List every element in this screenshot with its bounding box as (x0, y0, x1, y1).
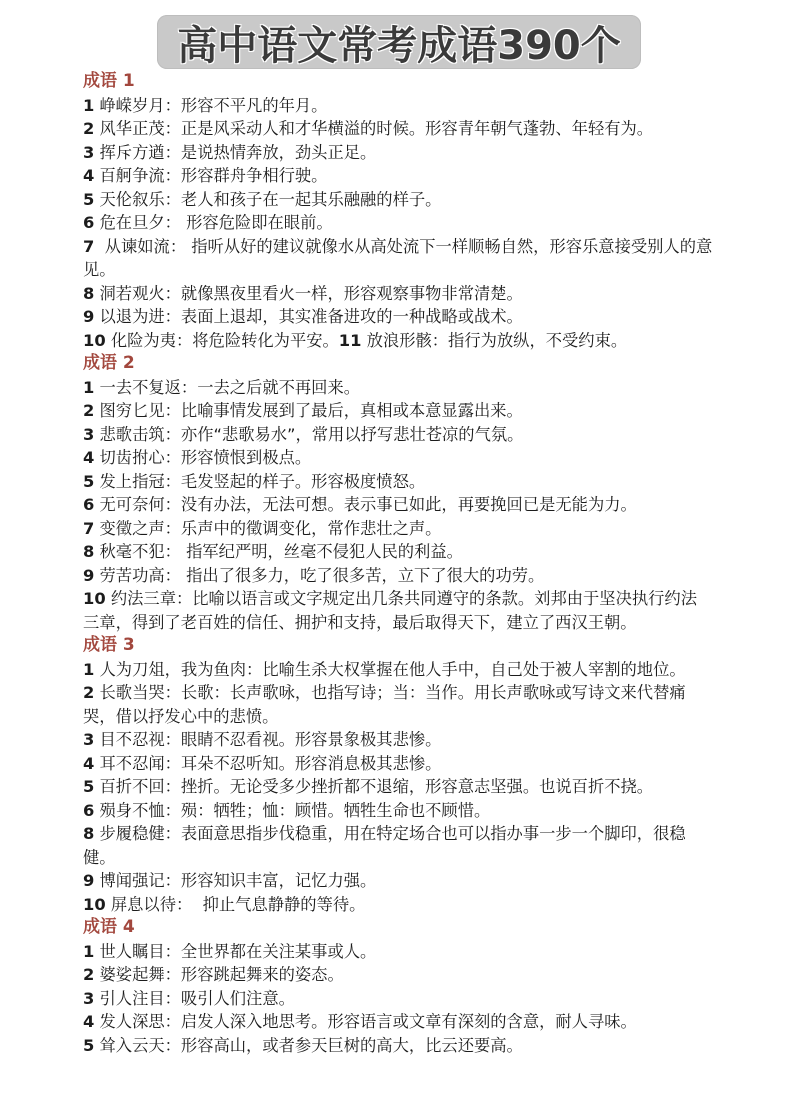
section-3: 成语 3 1 人为刀俎，我为鱼肉：比喻生杀大权掌握在他人手中，自己处于被人宰割的… (83, 634, 713, 916)
list-item: 10 约法三章：比喻以语言或文字规定出几条共同遵守的条款。刘邦由于坚决执行约法三… (83, 587, 713, 634)
item-text: 婆娑起舞：形容跳起舞来的姿态。 (94, 965, 343, 984)
list-item: 2 图穷匕见：比喻事情发展到了最后，真相或本意显露出来。 (83, 399, 713, 423)
item-number: 4 (83, 1012, 94, 1031)
section-heading: 成语 3 (83, 634, 713, 658)
idiom-list: 成语 1 1 峥嵘岁月：形容不平凡的年月。 2 风华正茂：正是风采动人和才华横溢… (83, 70, 713, 1057)
item-text: 目不忍视：眼睛不忍看视。形容景象极其悲惨。 (94, 730, 441, 749)
item-number: 4 (83, 448, 94, 467)
item-text: 耳不忍闻：耳朵不忍听知。形容消息极其悲惨。 (94, 754, 441, 773)
list-item: 2 婆娑起舞：形容跳起舞来的姿态。 (83, 963, 713, 987)
list-item: 1 世人瞩目：全世界都在关注某事或人。 (83, 940, 713, 964)
section-1: 成语 1 1 峥嵘岁月：形容不平凡的年月。 2 风华正茂：正是风采动人和才华横溢… (83, 70, 713, 352)
item-text: 悲歌击筑：亦作“悲歌易水”，常用以抒写悲壮苍凉的气氛。 (94, 425, 523, 444)
item-number: 2 (83, 401, 94, 420)
page-title: 高中语文常考成语390个 (177, 14, 621, 71)
item-number: 2 (83, 683, 94, 702)
item-number: 9 (83, 871, 94, 890)
item-number: 1 (83, 378, 94, 397)
item-number: 9 (83, 307, 94, 326)
item-number: 1 (83, 942, 94, 961)
list-item: 3 悲歌击筑：亦作“悲歌易水”，常用以抒写悲壮苍凉的气氛。 (83, 423, 713, 447)
item-text: 洞若观火：就像黑夜里看火一样，形容观察事物非常清楚。 (94, 284, 523, 303)
item-number: 10 (83, 331, 106, 350)
list-item: 8 洞若观火：就像黑夜里看火一样，形容观察事物非常清楚。 (83, 282, 713, 306)
item-number: 5 (83, 472, 94, 491)
list-item: 1 峥嵘岁月：形容不平凡的年月。 (83, 94, 713, 118)
item-text: 变徵之声：乐声中的徵调变化，常作悲壮之声。 (94, 519, 441, 538)
item-text: 无可奈何：没有办法，无法可想。表示事已如此，再要挽回已是无能为力。 (94, 495, 636, 514)
list-item: 7 从谏如流： 指听从好的建议就像水从高处流下一样顺畅自然，形容乐意接受别人的意… (83, 235, 713, 282)
item-text: 博闻强记：形容知识丰富，记忆力强。 (94, 871, 376, 890)
item-text: 以退为进：表面上退却，其实准备进攻的一种战略或战术。 (94, 307, 523, 326)
item-number: 9 (83, 566, 94, 585)
item-number: 2 (83, 119, 94, 138)
list-item: 6 危在旦夕： 形容危险即在眼前。 (83, 211, 713, 235)
list-item: 3 目不忍视：眼睛不忍看视。形容景象极其悲惨。 (83, 728, 713, 752)
item-text: 人为刀俎，我为鱼肉：比喻生杀大权掌握在他人手中，自己处于被人宰割的地位。 (94, 660, 685, 679)
list-item: 7 变徵之声：乐声中的徵调变化，常作悲壮之声。 (83, 517, 713, 541)
item-text: 一去不复返：一去之后就不再回来。 (94, 378, 360, 397)
section-2: 成语 2 1 一去不复返：一去之后就不再回来。 2 图穷匕见：比喻事情发展到了最… (83, 352, 713, 634)
item-text: 殒身不恤：殒：牺牲；恤：顾惜。牺牲生命也不顾惜。 (94, 801, 490, 820)
item-number: 8 (83, 284, 94, 303)
item-number: 10 (83, 589, 106, 608)
item-text: 约法三章：比喻以语言或文字规定出几条共同遵守的条款。刘邦由于坚决执行约法三章，得… (83, 589, 697, 632)
item-text: 风华正茂：正是风采动人和才华横溢的时候。形容青年朝气蓬勃、年轻有为。 (94, 119, 653, 138)
list-item: 8 步履稳健：表面意思指步伐稳重，用在特定场合也可以指办事一步一个脚印，很稳健。 (83, 822, 713, 869)
list-item: 10 屏息以待： 抑止气息静静的等待。 (83, 893, 713, 917)
list-item: 6 无可奈何：没有办法，无法可想。表示事已如此，再要挽回已是无能为力。 (83, 493, 713, 517)
item-number: 4 (83, 754, 94, 773)
item-text: 百舸争流：形容群舟争相行驶。 (94, 166, 327, 185)
list-item: 3 引人注目：吸引人们注意。 (83, 987, 713, 1011)
item-text: 长歌当哭：长歌：长声歌咏，也指写诗；当：当作。用长声歌咏或写诗文来代替痛哭，借以… (83, 683, 686, 726)
item-number: 5 (83, 1036, 94, 1055)
item-text: 劳苦功高： 指出了很多力，吃了很多苦，立下了很大的功劳。 (94, 566, 544, 585)
item-number: 6 (83, 213, 94, 232)
item-number: 3 (83, 425, 94, 444)
item-text: 耸入云天：形容高山，或者参天巨树的高大，比云还要高。 (94, 1036, 523, 1055)
list-item: 9 以退为进：表面上退却，其实准备进攻的一种战略或战术。 (83, 305, 713, 329)
item-text: 天伦叙乐：老人和孩子在一起其乐融融的样子。 (94, 190, 441, 209)
title-banner: 高中语文常考成语390个 (157, 15, 641, 69)
list-item: 6 殒身不恤：殒：牺牲；恤：顾惜。牺牲生命也不顾惜。 (83, 799, 713, 823)
item-text: 化险为夷：将危险转化为平安。 (106, 331, 339, 350)
item-number: 6 (83, 495, 94, 514)
list-item: 5 天伦叙乐：老人和孩子在一起其乐融融的样子。 (83, 188, 713, 212)
item-text: 图穷匕见：比喻事情发展到了最后，真相或本意显露出来。 (94, 401, 523, 420)
item-text: 从谏如流： 指听从好的建议就像水从高处流下一样顺畅自然，形容乐意接受别人的意见。 (83, 237, 712, 280)
item-number: 6 (83, 801, 94, 820)
item-text: 危在旦夕： 形容危险即在眼前。 (94, 213, 332, 232)
section-heading: 成语 1 (83, 70, 713, 94)
list-item: 5 耸入云天：形容高山，或者参天巨树的高大，比云还要高。 (83, 1034, 713, 1058)
item-number: 11 (339, 331, 362, 350)
list-item: 8 秋毫不犯： 指军纪严明，丝毫不侵犯人民的利益。 (83, 540, 713, 564)
section-4: 成语 4 1 世人瞩目：全世界都在关注某事或人。 2 婆娑起舞：形容跳起舞来的姿… (83, 916, 713, 1057)
item-number: 2 (83, 965, 94, 984)
list-item: 4 耳不忍闻：耳朵不忍听知。形容消息极其悲惨。 (83, 752, 713, 776)
list-item: 9 博闻强记：形容知识丰富，记忆力强。 (83, 869, 713, 893)
item-number: 8 (83, 824, 94, 843)
list-item: 3 挥斥方遒：是说热情奔放，劲头正足。 (83, 141, 713, 165)
item-text: 屏息以待： 抑止气息静静的等待。 (106, 895, 366, 914)
item-text: 引人注目：吸引人们注意。 (94, 989, 295, 1008)
item-number: 3 (83, 143, 94, 162)
item-number: 4 (83, 166, 94, 185)
item-text: 峥嵘岁月：形容不平凡的年月。 (94, 96, 327, 115)
list-item: 10 化险为夷：将危险转化为平安。11 放浪形骸：指行为放纵，不受约束。 (83, 329, 713, 353)
item-text: 秋毫不犯： 指军纪严明，丝毫不侵犯人民的利益。 (94, 542, 463, 561)
item-number: 7 (83, 237, 94, 256)
list-item: 4 百舸争流：形容群舟争相行驶。 (83, 164, 713, 188)
item-text: 世人瞩目：全世界都在关注某事或人。 (94, 942, 376, 961)
section-heading: 成语 4 (83, 916, 713, 940)
list-item: 5 发上指冠：毛发竖起的样子。形容极度愤怒。 (83, 470, 713, 494)
item-text: 步履稳健：表面意思指步伐稳重，用在特定场合也可以指办事一步一个脚印，很稳健。 (83, 824, 686, 867)
item-text: 切齿拊心：形容愤恨到极点。 (94, 448, 311, 467)
item-text: 发人深思：启发人深入地思考。形容语言或文章有深刻的含意，耐人寻味。 (94, 1012, 636, 1031)
list-item: 2 风华正茂：正是风采动人和才华横溢的时候。形容青年朝气蓬勃、年轻有为。 (83, 117, 713, 141)
item-number: 5 (83, 190, 94, 209)
list-item: 9 劳苦功高： 指出了很多力，吃了很多苦，立下了很大的功劳。 (83, 564, 713, 588)
list-item: 5 百折不回：挫折。无论受多少挫折都不退缩，形容意志坚强。也说百折不挠。 (83, 775, 713, 799)
list-item: 2 长歌当哭：长歌：长声歌咏，也指写诗；当：当作。用长声歌咏或写诗文来代替痛哭，… (83, 681, 713, 728)
list-item: 4 发人深思：启发人深入地思考。形容语言或文章有深刻的含意，耐人寻味。 (83, 1010, 713, 1034)
item-text: 挥斥方遒：是说热情奔放，劲头正足。 (94, 143, 376, 162)
list-item: 1 人为刀俎，我为鱼肉：比喻生杀大权掌握在他人手中，自己处于被人宰割的地位。 (83, 658, 713, 682)
item-number: 10 (83, 895, 106, 914)
item-number: 5 (83, 777, 94, 796)
item-number: 1 (83, 96, 94, 115)
item-number: 3 (83, 730, 94, 749)
item-number: 8 (83, 542, 94, 561)
section-heading: 成语 2 (83, 352, 713, 376)
list-item: 4 切齿拊心：形容愤恨到极点。 (83, 446, 713, 470)
item-text: 发上指冠：毛发竖起的样子。形容极度愤怒。 (94, 472, 425, 491)
item-number: 1 (83, 660, 94, 679)
list-item: 1 一去不复返：一去之后就不再回来。 (83, 376, 713, 400)
item-number: 3 (83, 989, 94, 1008)
item-number: 7 (83, 519, 94, 538)
item-text: 百折不回：挫折。无论受多少挫折都不退缩，形容意志坚强。也说百折不挠。 (94, 777, 653, 796)
item-text: 放浪形骸：指行为放纵，不受约束。 (361, 331, 627, 350)
